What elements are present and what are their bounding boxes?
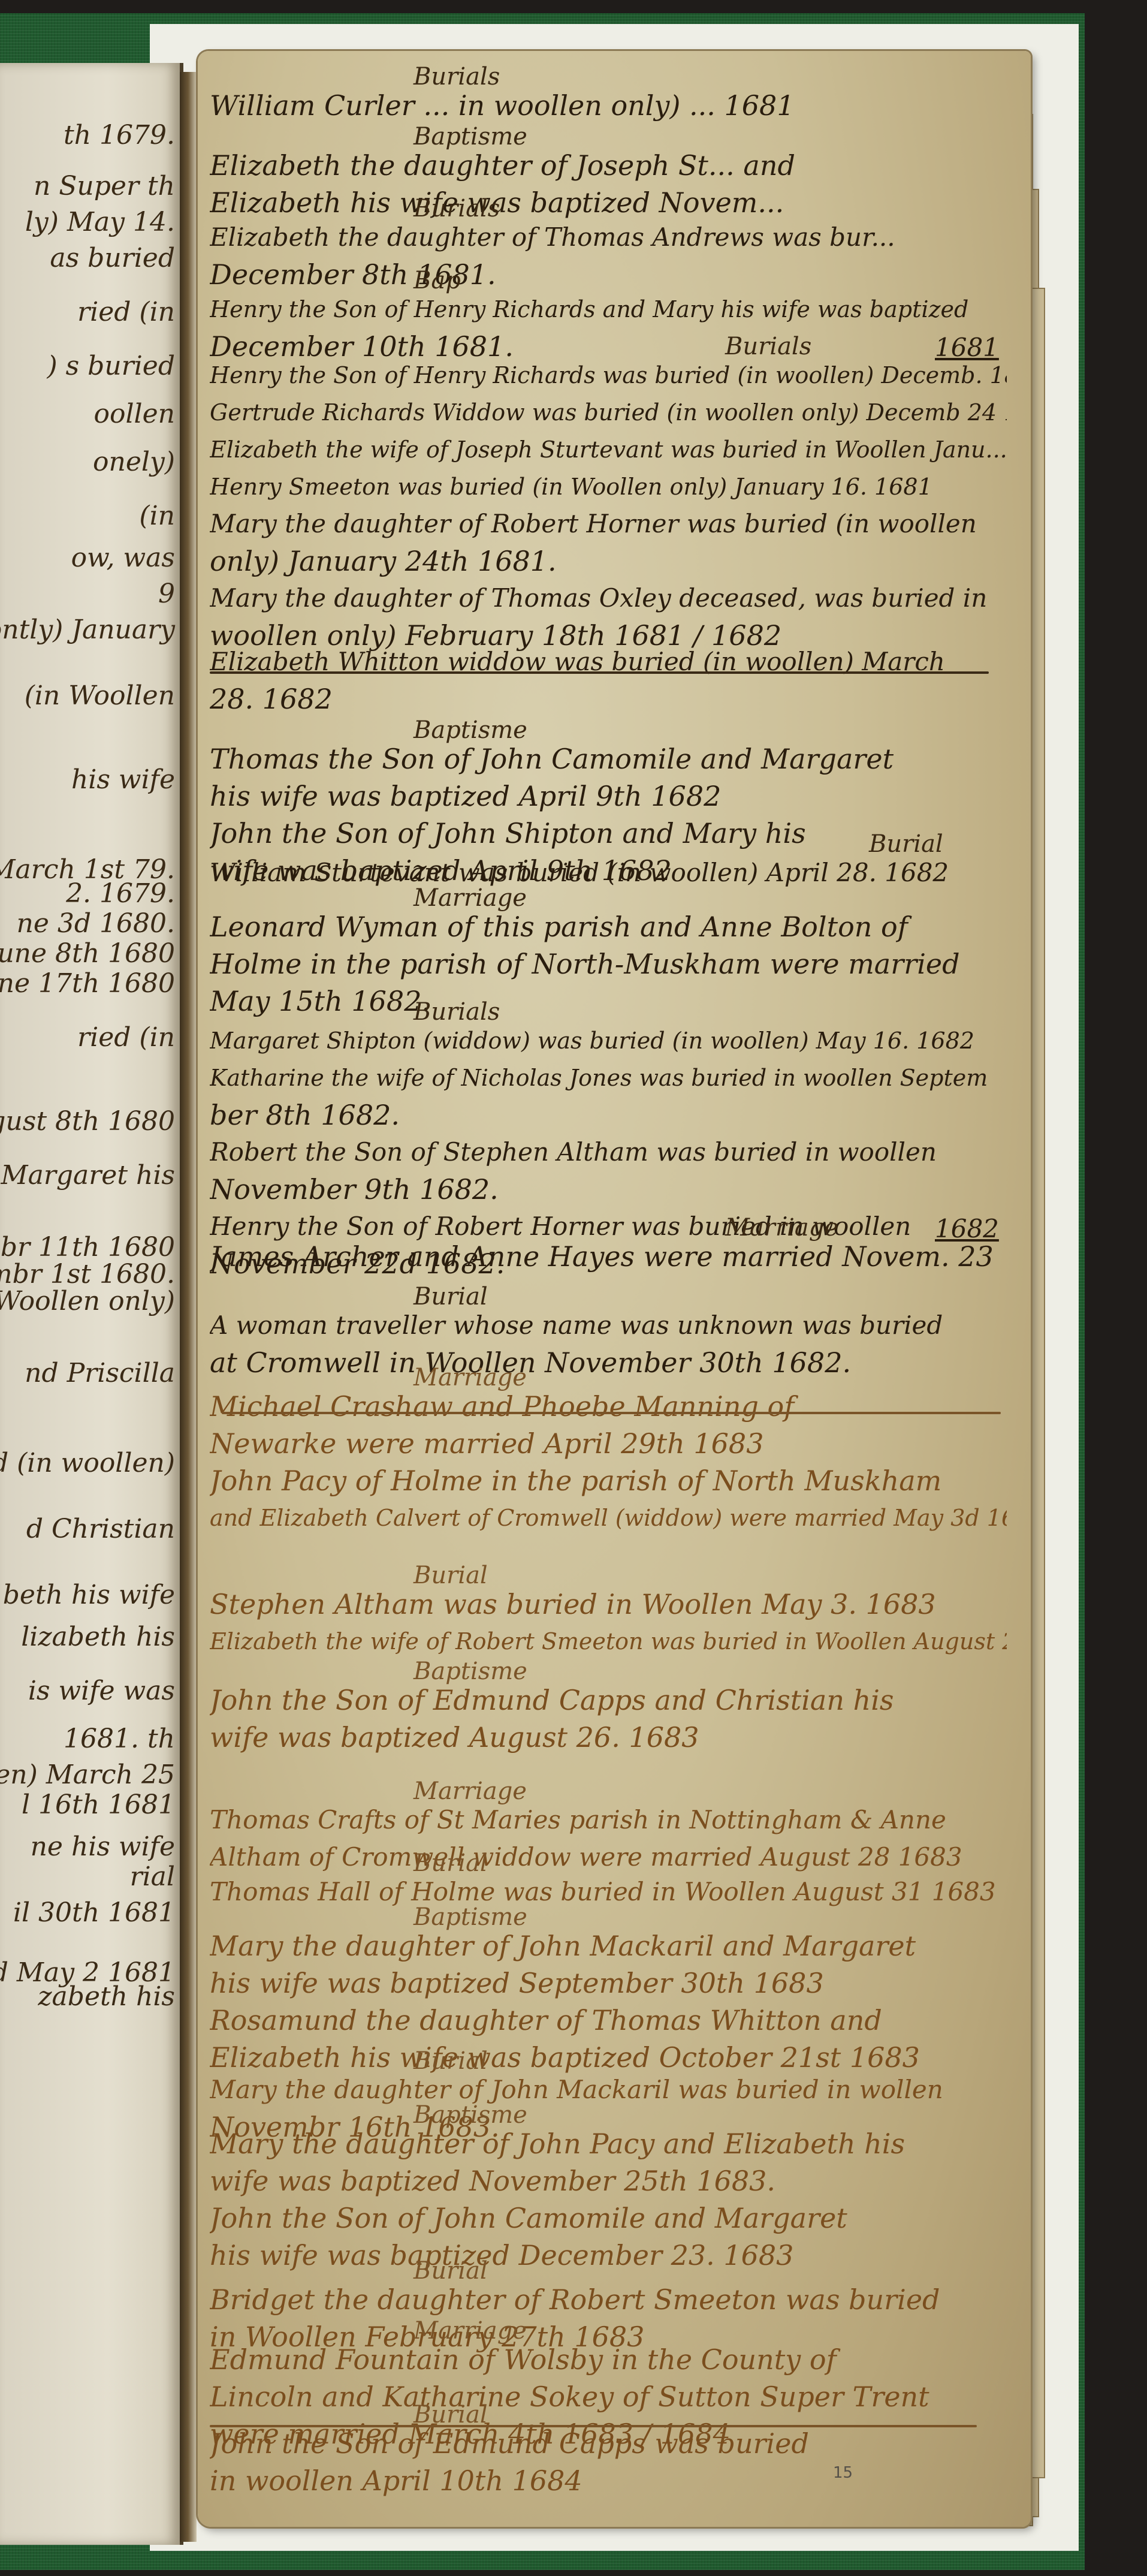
register-entry-line: Thomas Hall of Holme was buried in Wooll… — [210, 1875, 1007, 1909]
left-page-line: il 30th 1681 — [13, 1897, 175, 1928]
section-heading: Baptisme — [413, 123, 527, 150]
section-heading: Burial — [413, 2047, 488, 2075]
section-heading: Marriage — [413, 1364, 527, 1391]
register-entry-line: Rosamund the daughter of Thomas Whitton … — [210, 2003, 1007, 2038]
register-entry-line: James Archer and Anne Hayes were married… — [210, 1239, 1007, 1274]
register-entry-line: his wife was baptized December 23. 1683 — [210, 2238, 1007, 2273]
register-entry-line: Altham of Cromwell widdow were married A… — [210, 1840, 1007, 1875]
register-entry-line: Bridget the daughter of Robert Smeeton w… — [210, 2282, 1007, 2317]
register-entry-line: Mary the daughter of Robert Horner was b… — [210, 507, 1007, 541]
register-entry-line: Gertrude Richards Widdow was buried (in … — [210, 395, 1007, 430]
register-entry-line: Elizabeth Whitton widdow was buried (in … — [210, 644, 1007, 679]
register-entry-line: Mary the daughter of John Mackaril and M… — [210, 1929, 1007, 1963]
register-entry-line: Mary the daughter of John Mackaril was b… — [210, 2072, 1007, 2107]
left-page-line: nd Priscilla — [25, 1358, 175, 1388]
register-page: 15 BurialsWilliam Curler ... in woollen … — [198, 51, 1031, 2527]
left-page-line: zabeth his — [38, 1981, 175, 2012]
left-page-line: (in Woollen — [25, 680, 175, 711]
section-heading: Burials — [725, 333, 811, 360]
left-page-line: n Super th — [34, 171, 175, 201]
left-page-line: 2. 1679. — [66, 878, 175, 909]
register-entry-line: Henry the Son of Henry Richards and Mary… — [210, 292, 1007, 327]
left-page-line: ugust 8th 1680 — [0, 1106, 175, 1137]
register-entry-line: in woollen April 10th 1684 — [210, 2463, 1007, 2498]
left-page-line: as buried — [50, 243, 175, 273]
register-entry-line: Thomas the Son of John Camomile and Marg… — [210, 742, 1007, 776]
left-page-line: ) s buried — [47, 351, 175, 381]
section-heading: Baptisme — [413, 716, 527, 744]
left-page-line: 9 — [158, 579, 175, 609]
section-divider-rule — [222, 1412, 1001, 1414]
register-entry-line: Henry the Son of Henry Richards was buri… — [210, 358, 1007, 393]
section-heading: Burial — [413, 1849, 488, 1877]
left-page-line: his wife — [71, 764, 175, 795]
register-entry-line: Holme in the parish of North-Muskham wer… — [210, 947, 1007, 981]
left-page-line: th 1679. — [64, 120, 175, 150]
left-page-line: imbr 1st 1680. — [0, 1259, 175, 1289]
register-entry-line: his wife was baptized September 30th 168… — [210, 1966, 1007, 2000]
register-entry-line: Stephen Altham was buried in Woollen May… — [210, 1587, 1007, 1622]
register-entry-line: Henry Smeeton was buried (in Woollen onl… — [210, 469, 1007, 504]
register-entry-line: Elizabeth the daughter of Thomas Andrews… — [210, 220, 1007, 255]
register-entry-line: A woman traveller whose name was unknown… — [210, 1308, 1007, 1343]
left-page-line: oollen — [93, 399, 175, 429]
section-heading: Burial — [413, 2257, 488, 2285]
register-entry-line: Mary the daughter of Thomas Oxley deceas… — [210, 581, 1007, 616]
register-entry-line: Elizabeth the wife of Joseph Sturtevant … — [210, 432, 1007, 467]
register-entry-line: William Sturtevant was buried (in woolle… — [210, 855, 1007, 890]
register-entry-line: December 8th 1681. — [210, 257, 1007, 292]
left-page-line: d Christian — [26, 1514, 175, 1544]
left-page-line: onely) — [93, 447, 175, 477]
register-entry-line: Lincoln and Katharine Sokey of Sutton Su… — [210, 2379, 1007, 2414]
register-entry-line: Elizabeth the wife of Robert Smeeton was… — [210, 1624, 1007, 1659]
left-page-line: eptembr 11th 1680 — [0, 1232, 175, 1263]
register-entry-line: May 15th 1682. — [210, 984, 1007, 1019]
register-entry-line: his wife was baptized April 9th 1682 — [210, 779, 1007, 814]
register-entry-line: John the Son of Edmund Capps was buried — [210, 2426, 1007, 2461]
left-page-line: d (in woollen) — [0, 1448, 175, 1478]
register-entry-line: Katharine the wife of Nicholas Jones was… — [210, 1060, 1007, 1095]
section-heading: Burial — [869, 830, 943, 858]
left-page-line: oollen) March 25 — [0, 1759, 175, 1790]
register-entry-line: Newarke were married April 29th 1683 — [210, 1426, 1007, 1461]
left-page-line: ly) May 14. — [25, 207, 175, 237]
register-entry-line: Edmund Fountain of Wolsby in the County … — [210, 2342, 1007, 2377]
register-entry-line: ber 8th 1682. — [210, 1098, 1007, 1132]
register-entry-line: at Cromwell in Woollen November 30th 168… — [210, 1345, 1007, 1380]
section-heading: Marriage — [413, 2317, 527, 2345]
register-entry-line: Elizabeth the daughter of Joseph St... a… — [210, 148, 1007, 183]
section-heading: Burials — [413, 63, 500, 91]
left-page-line: Margaret his — [1, 1160, 175, 1191]
left-page-line: ow, was — [71, 543, 175, 573]
section-heading: Marriage — [725, 1214, 838, 1242]
left-page-line: is wife was — [28, 1676, 175, 1706]
section-divider-rule — [210, 2425, 977, 2427]
section-heading: Burial — [413, 1562, 488, 1589]
register-entry-line: William Curler ... in woollen only) ... … — [210, 88, 1007, 123]
register-entry-line: Michael Crashaw and Phoebe Manning of — [210, 1389, 1007, 1424]
book-gutter — [180, 72, 197, 2542]
left-facing-page: th 1679.n Super thly) May 14.as buriedri… — [0, 63, 183, 2545]
left-page-line: lizabeth his — [21, 1622, 175, 1652]
left-page-line: n Woollen only) — [0, 1286, 175, 1316]
section-heading: Bap — [413, 267, 461, 294]
left-page-line: d June 8th 1680 — [0, 938, 175, 969]
register-entry-line: Thomas Crafts of St Maries parish in Not… — [210, 1803, 1007, 1837]
left-page-line: l 16th 1681 — [22, 1789, 175, 1820]
register-entry-line: wife was baptized August 26. 1683 — [210, 1720, 1007, 1755]
section-heading: Marriage — [413, 884, 527, 912]
left-page-line: (in — [139, 501, 175, 531]
register-entry-line: Mary the daughter of John Pacy and Eliza… — [210, 2126, 1007, 2161]
section-heading: Burials — [413, 998, 500, 1026]
register-entry-line: wife was baptized November 25th 1683. — [210, 2164, 1007, 2198]
register-entry-line: Margaret Shipton (widdow) was buried (in… — [210, 1023, 1007, 1058]
section-divider-rule — [210, 671, 989, 674]
register-entry-line: Robert the Son of Stephen Altham was bur… — [210, 1135, 1007, 1170]
register-entry-line: 28. 1682 — [210, 682, 1007, 716]
section-heading: Baptisme — [413, 1903, 527, 1931]
register-entry-line: John the Son of Edmund Capps and Christi… — [210, 1683, 1007, 1718]
register-entry-line: Elizabeth his wife was baptized Novem... — [210, 185, 1007, 220]
left-page-line: rial — [130, 1861, 175, 1892]
section-heading: Baptisme — [413, 2101, 527, 2129]
register-entry-line: Leonard Wyman of this parish and Anne Bo… — [210, 909, 1007, 944]
left-page-line: ried (in — [77, 297, 175, 327]
left-page-line: ne his wife — [31, 1831, 175, 1862]
left-page-line: beth his wife — [3, 1580, 175, 1610]
left-page-line: ontly) January — [0, 614, 175, 645]
section-heading: Burial — [413, 1283, 488, 1310]
section-heading: Baptisme — [413, 1658, 527, 1685]
left-page-line: ried (in — [77, 1022, 175, 1053]
register-entry-line: only) January 24th 1681. — [210, 544, 1007, 579]
register-entry-line: John Pacy of Holme in the parish of Nort… — [210, 1463, 1007, 1498]
left-page-line: une 17th 1680 — [0, 968, 175, 999]
register-entry-line: November 9th 1682. — [210, 1172, 1007, 1207]
register-entry-line: Elizabeth his wife was baptized October … — [210, 2040, 1007, 2075]
left-page-line: ne 3d 1680. — [17, 908, 175, 939]
register-entry-line: John the Son of John Camomile and Margar… — [210, 2201, 1007, 2235]
left-page-line: 1681. th — [64, 1724, 175, 1754]
section-heading: Marriage — [413, 1777, 527, 1805]
section-heading: Burials — [413, 195, 500, 222]
register-entry-line: and Elizabeth Calvert of Cromwell (widdo… — [210, 1501, 1007, 1535]
